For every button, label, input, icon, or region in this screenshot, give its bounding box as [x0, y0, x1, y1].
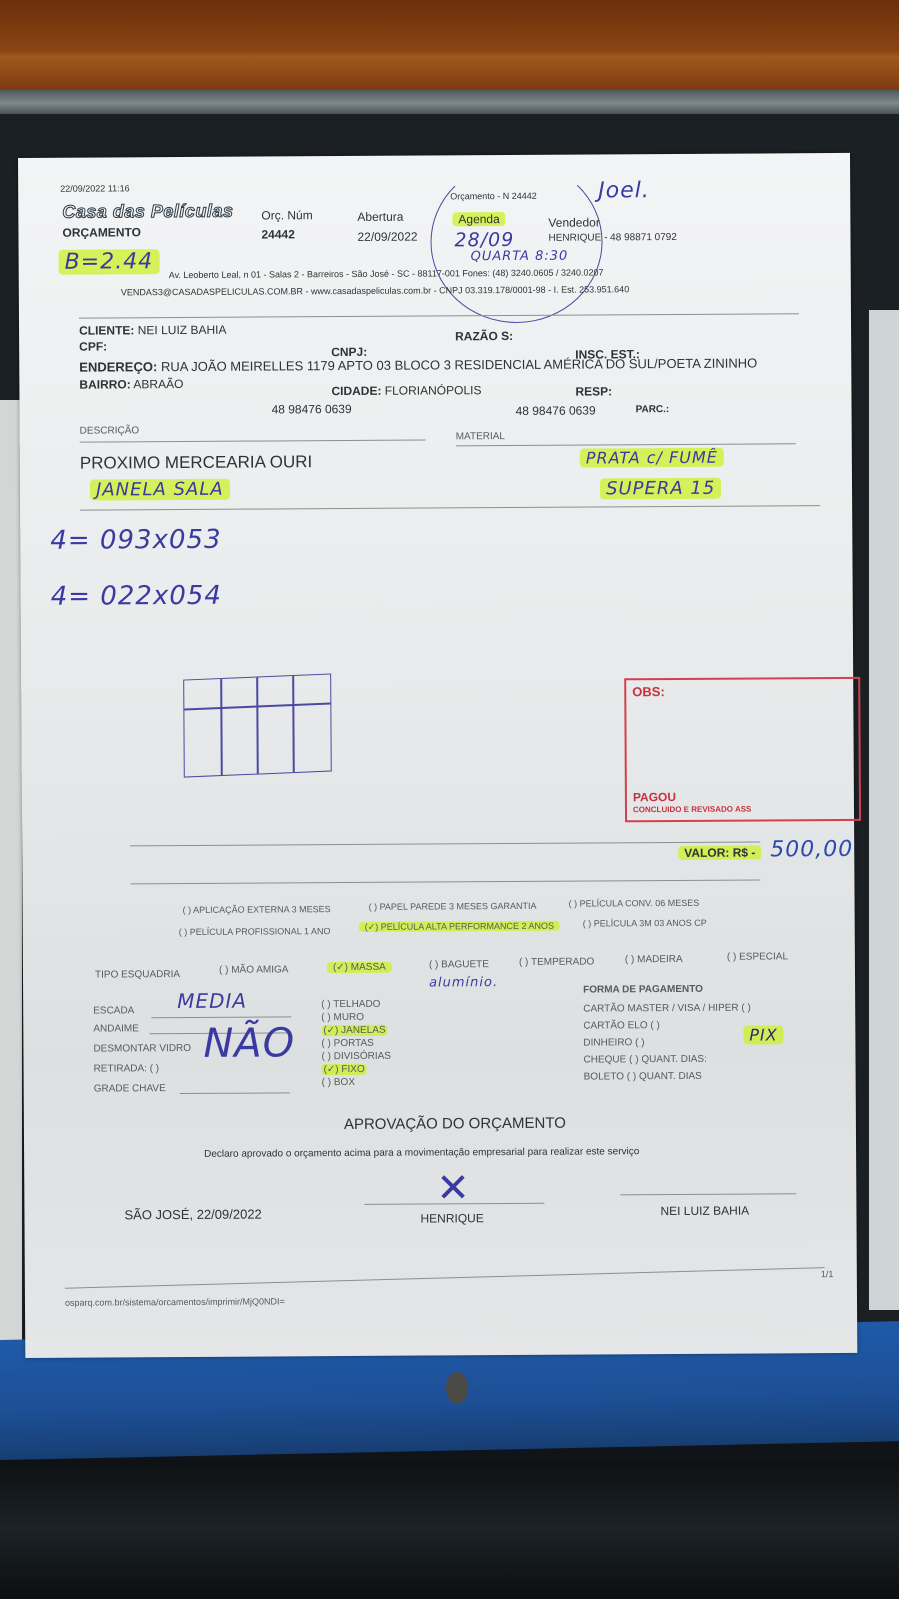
local-option[interactable]: ( ) TELHADO	[321, 998, 391, 1011]
agenda-date: 28/09	[454, 229, 514, 251]
pagamento-option[interactable]: BOLETO ( ) QUANT. DIAS	[584, 1068, 752, 1086]
brand-logo: Casa das Películas	[62, 201, 233, 223]
garantia-option[interactable]: ( ) PELÍCULA CONV. 06 MESES	[569, 898, 700, 909]
signature-mark: ✕	[436, 1165, 471, 1211]
background-strip-left	[0, 400, 22, 1350]
endereco-label: ENDEREÇO:	[79, 359, 157, 374]
esquadria-option-checked[interactable]: (✓) MASSA	[327, 962, 392, 973]
phone-1: 48 98476 0639	[271, 402, 351, 416]
local-option-checked[interactable]: (✓) JANELAS	[321, 1025, 387, 1036]
parc-label: PARC.:	[636, 404, 670, 415]
handwritten-janela: JANELA SALA	[90, 479, 230, 501]
abertura-label: Abertura	[357, 210, 403, 224]
material-label: MATERIAL	[456, 431, 505, 442]
garantia-option[interactable]: ( ) PELÍCULA PROFISSIONAL 1 ANO	[179, 926, 331, 937]
grade-label: GRADE CHAVE	[94, 1083, 166, 1094]
orc-num-label: Orç. Núm	[261, 208, 312, 222]
bolt-icon	[446, 1372, 468, 1404]
esquadria-option[interactable]: ( ) TEMPERADO	[519, 956, 594, 967]
local-option-checked[interactable]: (✓) FIXO	[322, 1064, 367, 1075]
descricao-label: DESCRIÇÃO	[80, 425, 140, 436]
footer-page: 1/1	[821, 1269, 834, 1279]
obs-concluido: CONCLUIDO E REVISADO ASS	[633, 805, 751, 815]
orc-num-value: 24442	[261, 227, 294, 241]
cliente-value: NEI LUIZ BAHIA	[138, 323, 227, 338]
endereco-value: RUA JOÃO MEIRELLES 1179 APTO 03 BLOCO 3 …	[161, 355, 757, 374]
pagamento-option[interactable]: CARTÃO MASTER / VISA / HIPER ( )	[583, 1000, 751, 1018]
local-data: SÃO JOSÉ, 22/09/2022	[124, 1207, 261, 1223]
andaime-label: ANDAIME	[93, 1023, 139, 1034]
divider	[456, 443, 796, 446]
descricao-value: PROXIMO MERCEARIA OURI	[80, 452, 312, 473]
cpf-label: CPF:	[79, 339, 107, 353]
bairro-value: ABRAÃO	[133, 377, 183, 391]
background-floor	[0, 1460, 899, 1599]
footer-line	[65, 1267, 825, 1289]
divider	[80, 440, 426, 443]
aprovacao-declaracao: Declaro aprovado o orçamento acima para …	[204, 1146, 639, 1160]
esquadria-option[interactable]: ( ) ESPECIAL	[727, 951, 788, 962]
print-timestamp: 22/09/2022 11:16	[60, 183, 129, 193]
background-wood	[0, 0, 899, 92]
resp-label: RESP:	[575, 384, 612, 398]
assinatura-vendedor: HENRIQUE	[420, 1211, 483, 1225]
obs-pagou: PAGOU	[633, 790, 676, 804]
divider	[130, 841, 760, 846]
divider	[130, 879, 760, 884]
local-option[interactable]: ( ) PORTAS	[321, 1037, 391, 1050]
handwritten-material-1: PRATA c/ FUMÊ	[580, 448, 724, 468]
footer-url: osparq.com.br/sistema/orcamentos/imprimi…	[65, 1296, 285, 1307]
divider	[79, 313, 799, 318]
bairro-label: BAIRRO:	[79, 377, 130, 391]
garantia-option-checked[interactable]: (✓) PELÍCULA ALTA PERFORMANCE 2 ANOS	[359, 921, 560, 932]
local-option[interactable]: ( ) DIVISÓRIAS	[321, 1050, 391, 1063]
abertura-value: 22/09/2022	[357, 230, 417, 244]
phone-2: 48 98476 0639	[516, 403, 596, 417]
handwritten-aluminio: alumínio.	[429, 975, 498, 990]
handwritten-valor: 500,00	[770, 837, 853, 863]
doc-type: ORÇAMENTO	[62, 225, 141, 239]
handwritten-desmontar: NÃO	[203, 1020, 295, 1067]
handwritten-signature-top: Joel.	[598, 178, 650, 203]
obs-box: OBS: PAGOU CONCLUIDO E REVISADO ASS	[624, 677, 861, 822]
divider	[80, 505, 820, 511]
cidade-label: CIDADE:	[331, 384, 381, 398]
background-rail	[0, 90, 899, 114]
escada-line	[151, 1016, 291, 1018]
handwritten-measure-2: 4= 022x054	[51, 581, 222, 612]
budget-document: 22/09/2022 11:16 Casa das Películas ORÇA…	[18, 153, 857, 1358]
handwritten-pagamento: PIX	[743, 1025, 783, 1044]
handwritten-material-2: SUPERA 15	[600, 478, 721, 500]
agenda-label: Agenda	[452, 212, 505, 226]
assinatura-cliente: NEI LUIZ BAHIA	[660, 1204, 749, 1219]
obs-title: OBS:	[632, 684, 665, 699]
aprovacao-title: APROVAÇÃO DO ORÇAMENTO	[344, 1115, 566, 1133]
handwritten-b-value: B=2.44	[59, 249, 160, 275]
handwritten-escada: MEDIA	[177, 989, 247, 1013]
orcamento-number: Orçamento - N 24442	[450, 191, 537, 202]
background-strip-right	[869, 310, 899, 1310]
retirada-label: RETIRADA: ( )	[94, 1063, 160, 1074]
garantia-option[interactable]: ( ) PELÍCULA 3M 03 ANOS CP	[583, 918, 707, 929]
pagamento-option[interactable]: CHEQUE ( ) QUANT. DIAS:	[583, 1051, 751, 1069]
agenda-time: QUARTA 8:30	[471, 249, 569, 265]
pagamento-option[interactable]: DINHEIRO ( )	[583, 1034, 751, 1052]
esquadria-option[interactable]: ( ) MADEIRA	[625, 954, 683, 965]
window-sketch	[183, 674, 332, 778]
esquadria-option[interactable]: ( ) MÃO AMIGA	[219, 964, 289, 975]
vendedor-label: Vendedor	[548, 215, 599, 229]
signature-line-cliente	[620, 1193, 796, 1195]
esquadria-label: TIPO ESQUADRIA	[95, 969, 180, 981]
razao-label: RAZÃO S:	[455, 329, 513, 343]
local-option[interactable]: ( ) MURO	[321, 1011, 391, 1024]
local-option[interactable]: ( ) BOX	[322, 1076, 392, 1089]
valor-label: VALOR: R$ -	[678, 845, 761, 860]
escada-label: ESCADA	[93, 1005, 134, 1016]
cliente-label: CLIENTE:	[79, 323, 134, 337]
desmontar-label: DESMONTAR VIDRO	[93, 1043, 191, 1055]
grade-line	[180, 1092, 290, 1094]
pagamento-option[interactable]: CARTÃO ELO ( )	[583, 1017, 751, 1035]
garantia-option[interactable]: ( ) PAPEL PAREDE 3 MESES GARANTIA	[369, 901, 537, 912]
garantia-option[interactable]: ( ) APLICAÇÃO EXTERNA 3 MESES	[183, 904, 331, 915]
vendedor-value: HENRIQUE - 48 98871 0792	[548, 232, 676, 244]
esquadria-option[interactable]: ( ) BAGUETE	[429, 959, 489, 970]
handwritten-measure-1: 4= 093x053	[50, 525, 221, 556]
cidade-value: FLORIANÓPOLIS	[385, 383, 482, 398]
pagamento-title: FORMA DE PAGAMENTO	[583, 984, 703, 996]
